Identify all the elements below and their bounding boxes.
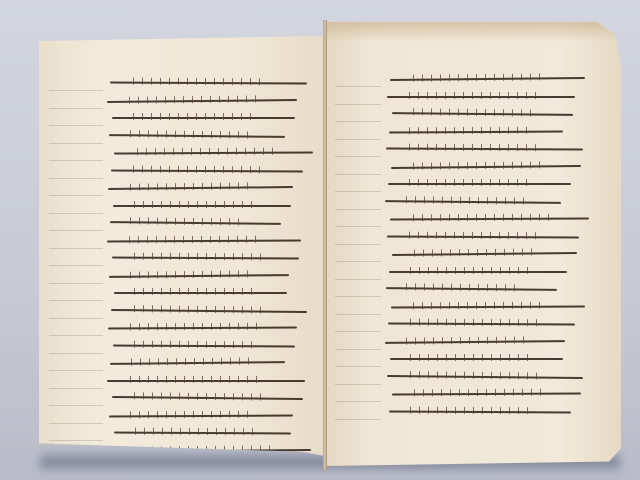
bleed-through-line	[335, 139, 381, 140]
bleed-through-line	[335, 349, 381, 350]
bleed-through-line	[335, 331, 381, 332]
bleed-through-line	[335, 384, 381, 385]
bleed-through-line	[49, 370, 103, 371]
handwritten-line	[112, 257, 299, 260]
handwritten-line	[385, 340, 565, 344]
bleed-through-line	[335, 314, 381, 315]
handwritten-line	[114, 292, 287, 294]
handwritten-line	[107, 380, 305, 382]
bleed-through-line	[49, 213, 103, 214]
center-fold	[323, 20, 327, 470]
bleed-through-line	[335, 401, 381, 402]
handwritten-line	[114, 151, 313, 154]
handwritten-line	[386, 147, 583, 150]
handwritten-line	[388, 323, 575, 326]
handwritten-line	[109, 414, 293, 417]
bleed-through-line	[335, 104, 381, 105]
bleed-through-line	[49, 300, 103, 301]
bleed-through-line	[49, 283, 103, 284]
handwritten-line	[110, 221, 281, 225]
bleed-through-line	[335, 419, 381, 420]
bleed-through-line	[335, 121, 381, 122]
handwritten-line	[113, 205, 291, 207]
handwritten-line	[389, 271, 567, 273]
handwritten-line	[385, 200, 561, 204]
handwritten-line	[111, 308, 307, 312]
bleed-through-line	[49, 248, 103, 249]
bleed-through-line	[49, 90, 103, 91]
handwritten-line	[112, 117, 295, 119]
bleed-through-line	[335, 279, 381, 280]
bleed-through-line	[49, 195, 103, 196]
handwritten-line	[387, 96, 575, 98]
handwritten-line	[388, 183, 571, 185]
bleed-through-line	[49, 143, 103, 144]
bleed-through-line	[335, 244, 381, 245]
bleed-through-line	[335, 226, 381, 227]
bleed-through-line	[49, 178, 103, 179]
bleed-through-line	[49, 405, 103, 406]
handwritten-line	[107, 99, 297, 103]
handwritten-line	[389, 410, 571, 413]
bleed-through-line	[335, 191, 381, 192]
handwritten-line	[392, 112, 573, 116]
handwritten-line	[390, 77, 585, 81]
bleed-through-line	[335, 156, 381, 157]
bleed-through-line	[49, 318, 103, 319]
bleed-through-line	[49, 160, 103, 161]
handwritten-line	[113, 344, 295, 347]
handwritten-line	[110, 361, 285, 365]
handwritten-line	[108, 186, 293, 190]
handwritten-line	[386, 287, 557, 291]
bleed-through-line	[49, 335, 103, 336]
top-edge-stain	[325, 22, 621, 42]
handwritten-line	[389, 130, 563, 133]
bleed-through-line	[49, 388, 103, 389]
left-page	[39, 36, 325, 456]
bleed-through-line	[49, 125, 103, 126]
bleed-through-line	[49, 353, 103, 354]
handwritten-line	[109, 134, 285, 138]
handwritten-line	[391, 305, 585, 308]
handwritten-line	[387, 235, 579, 238]
bleed-through-line	[335, 209, 381, 210]
handwritten-line	[107, 239, 301, 242]
handwritten-line	[392, 393, 581, 396]
handwritten-line	[390, 217, 589, 220]
handwritten-line	[112, 396, 303, 400]
handwritten-line	[111, 169, 303, 172]
bleed-through-line	[335, 366, 381, 367]
handwritten-line	[392, 252, 577, 256]
handwritten-line	[391, 165, 581, 169]
bleed-through-line	[335, 261, 381, 262]
bleed-through-line	[49, 230, 103, 231]
right-page	[325, 22, 621, 466]
handwritten-line	[390, 358, 563, 360]
bleed-through-line	[49, 265, 103, 266]
bleed-through-line	[335, 86, 381, 87]
bleed-through-line	[335, 296, 381, 297]
handwritten-line	[114, 432, 291, 435]
bleed-through-line	[49, 423, 103, 424]
bleed-through-line	[49, 440, 103, 441]
bleed-through-line	[49, 108, 103, 109]
handwritten-line	[109, 274, 289, 278]
bleed-through-line	[335, 174, 381, 175]
handwritten-line	[110, 81, 307, 84]
handwritten-line	[387, 374, 583, 378]
handwritten-line	[108, 327, 297, 330]
